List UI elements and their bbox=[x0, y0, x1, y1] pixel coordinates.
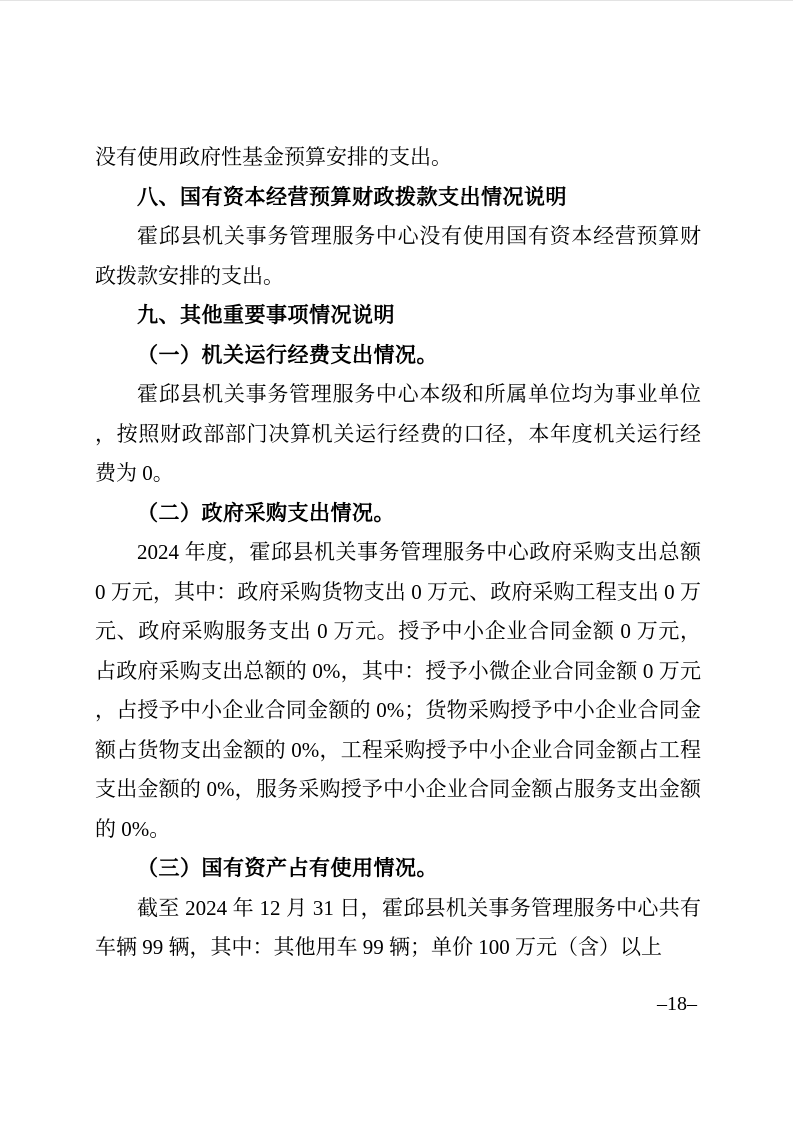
body-paragraph-section-8: 霍邱县机关事务管理服务中心没有使用国有资本经营预算财政拨款安排的支出。 bbox=[95, 217, 701, 296]
subsection-heading-9-1: （一）机关运行经费支出情况。 bbox=[95, 336, 701, 376]
body-paragraph-9-3: 截至 2024 年 12 月 31 日，霍邱县机关事务管理服务中心共有车辆 99… bbox=[95, 889, 701, 968]
section-heading-9: 九、其他重要事项情况说明 bbox=[95, 296, 701, 336]
subsection-heading-9-3: （三）国有资产占有使用情况。 bbox=[95, 849, 701, 889]
body-paragraph-continuation: 没有使用政府性基金预算安排的支出。 bbox=[95, 138, 701, 178]
body-paragraph-9-1: 霍邱县机关事务管理服务中心本级和所属单位均为事业单位，按照财政部部门决算机关运行… bbox=[95, 375, 701, 494]
subsection-heading-9-2: （二）政府采购支出情况。 bbox=[95, 494, 701, 534]
section-heading-8: 八、国有资本经营预算财政拨款支出情况说明 bbox=[95, 178, 701, 218]
page-footer: –18– bbox=[657, 993, 697, 1015]
document-body: 没有使用政府性基金预算安排的支出。 八、国有资本经营预算财政拨款支出情况说明 霍… bbox=[95, 138, 701, 968]
page-number: –18– bbox=[657, 993, 697, 1015]
body-paragraph-9-2: 2024 年度，霍邱县机关事务管理服务中心政府采购支出总额 0 万元，其中：政府… bbox=[95, 533, 701, 849]
document-page: 没有使用政府性基金预算安排的支出。 八、国有资本经营预算财政拨款支出情况说明 霍… bbox=[0, 0, 793, 1122]
